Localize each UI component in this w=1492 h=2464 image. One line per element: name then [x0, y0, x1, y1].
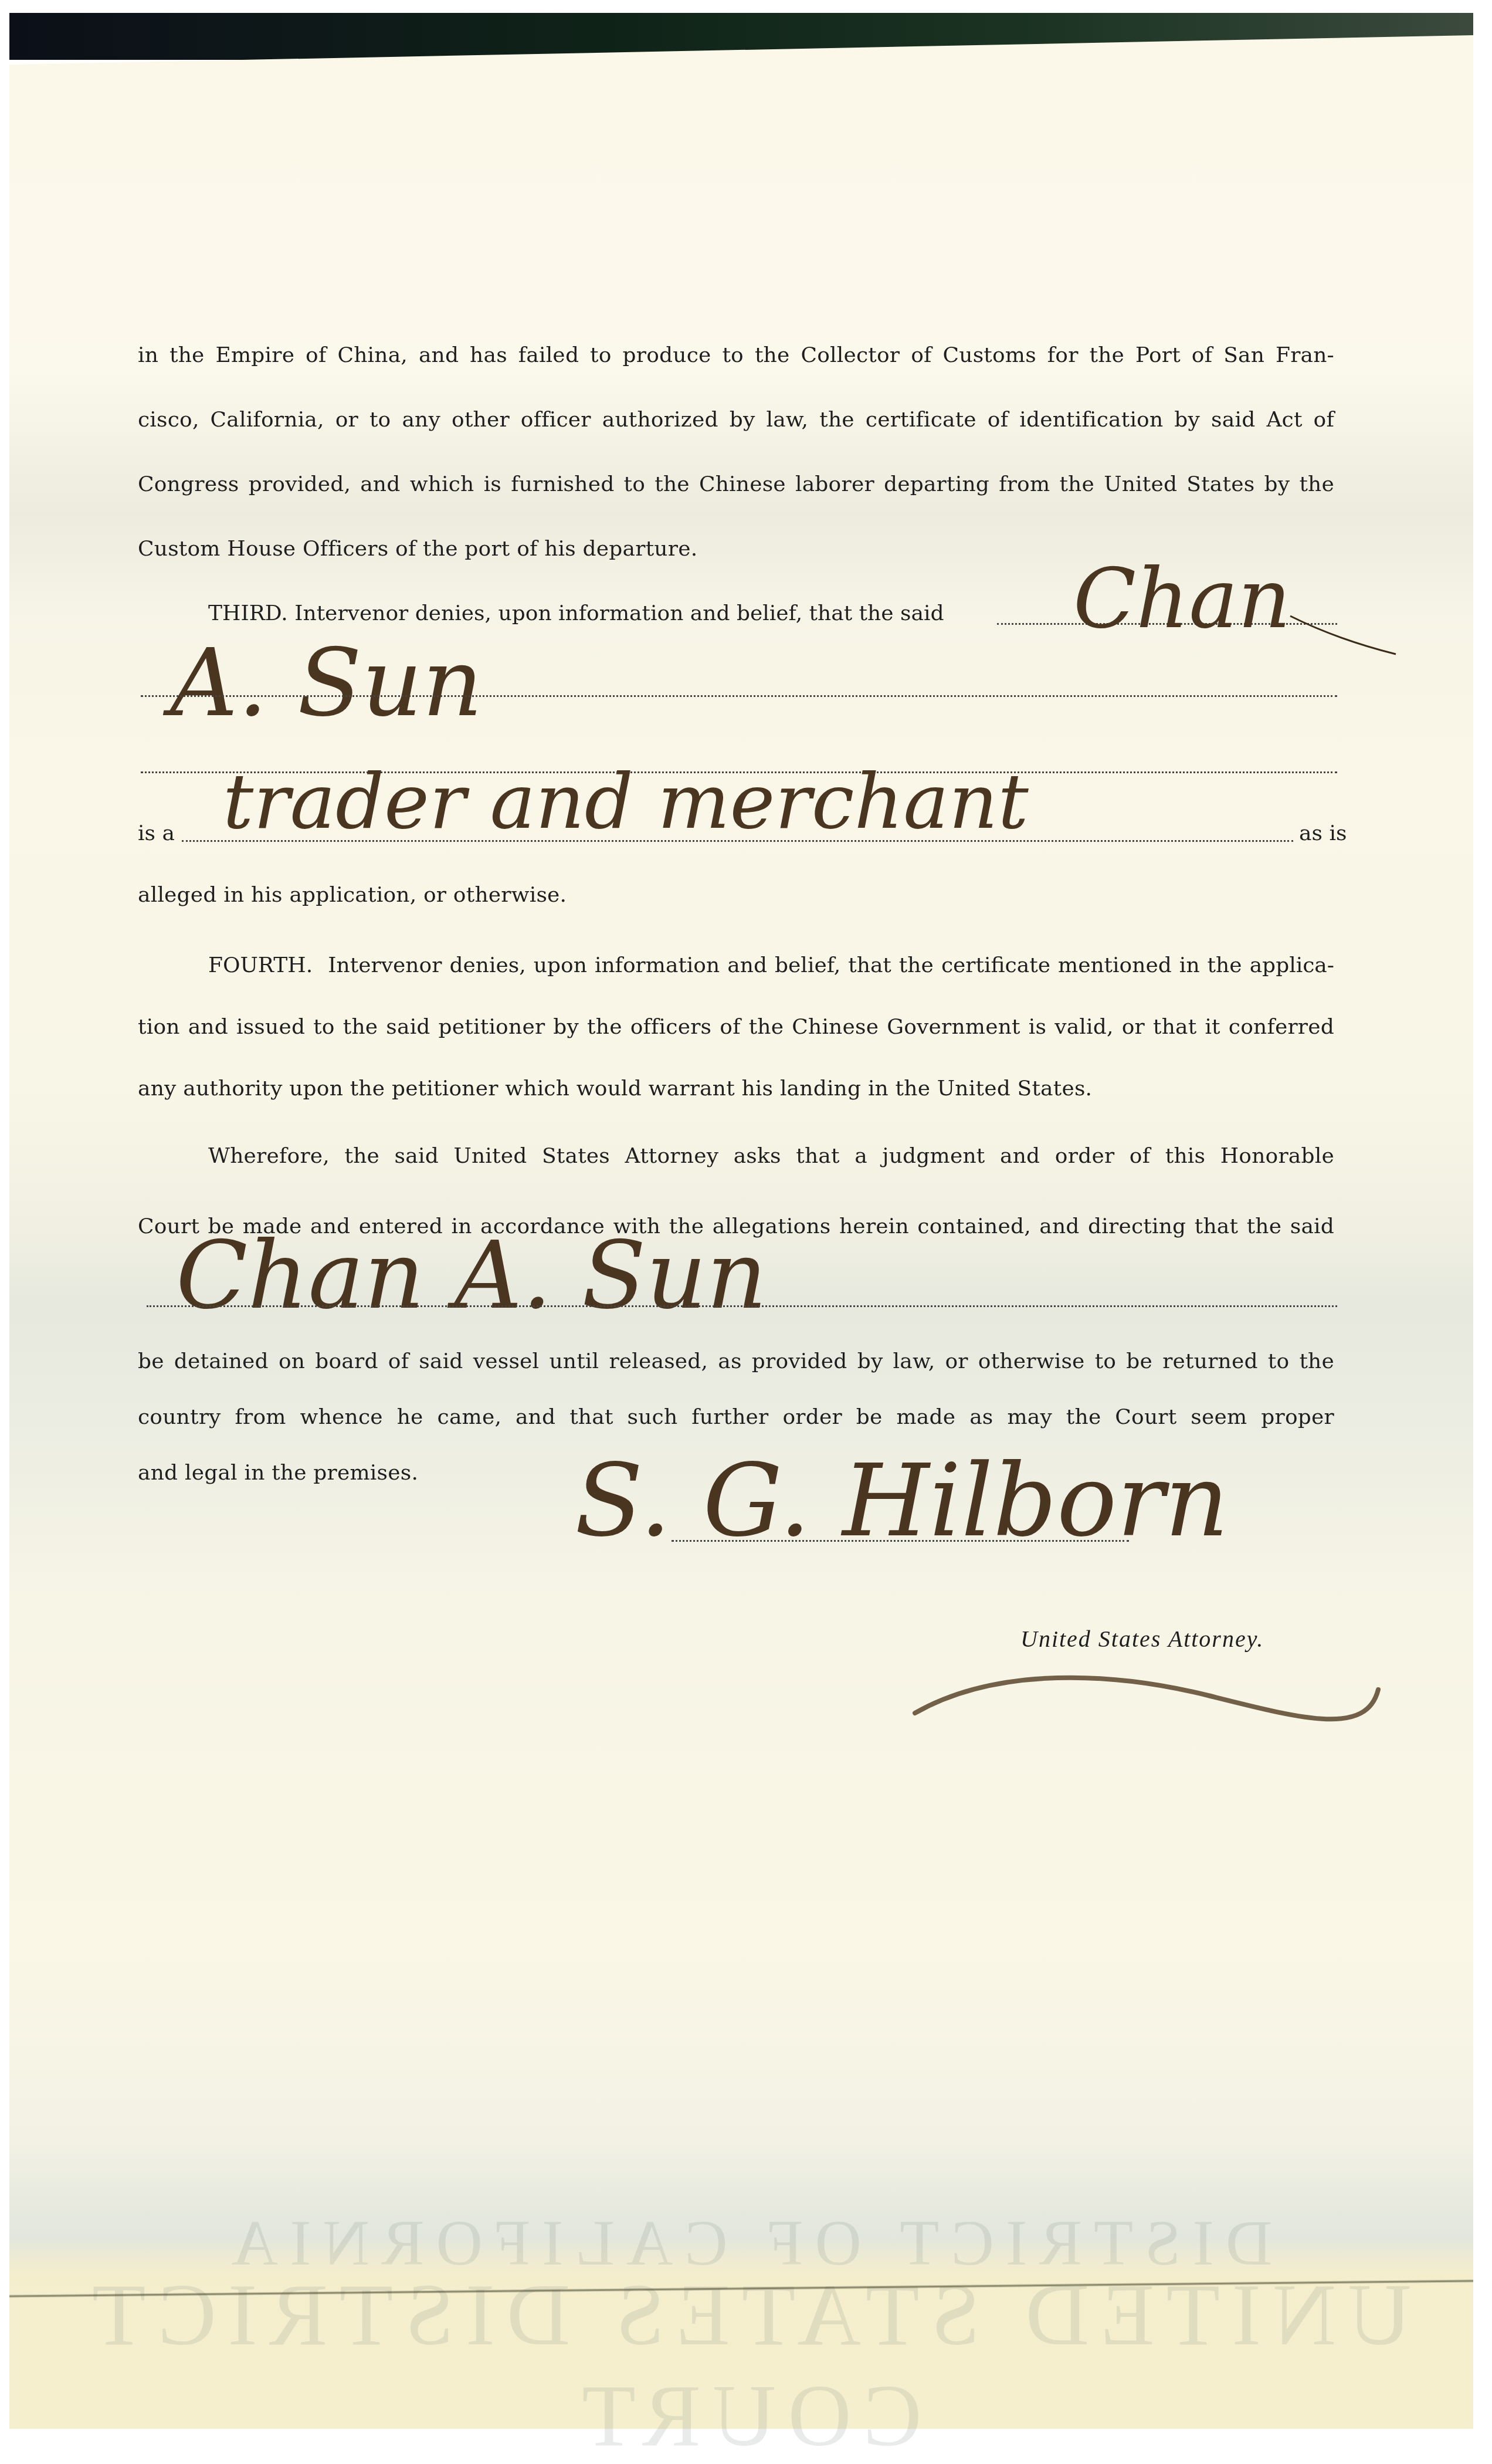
ink-flourish [0, 0, 1492, 2464]
